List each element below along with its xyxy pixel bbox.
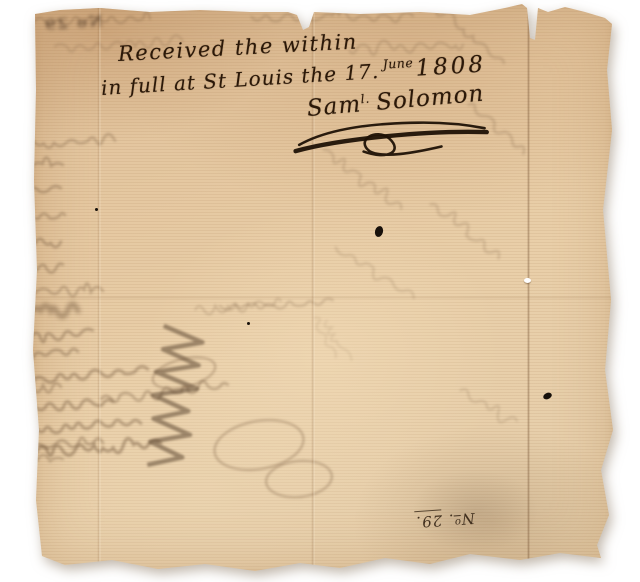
- ink-dot: [247, 322, 250, 325]
- paper-shadow: No 29 Received the within in full at St …: [33, 2, 615, 574]
- ink-dot: [542, 391, 553, 400]
- ink-marks-layer: [33, 2, 615, 574]
- ink-dot: [95, 208, 98, 211]
- paper-hole: [524, 278, 531, 283]
- ink-dot: [374, 225, 385, 238]
- scanned-document-page: No 29 Received the within in full at St …: [0, 0, 640, 582]
- paper-sheet: No 29 Received the within in full at St …: [33, 2, 615, 574]
